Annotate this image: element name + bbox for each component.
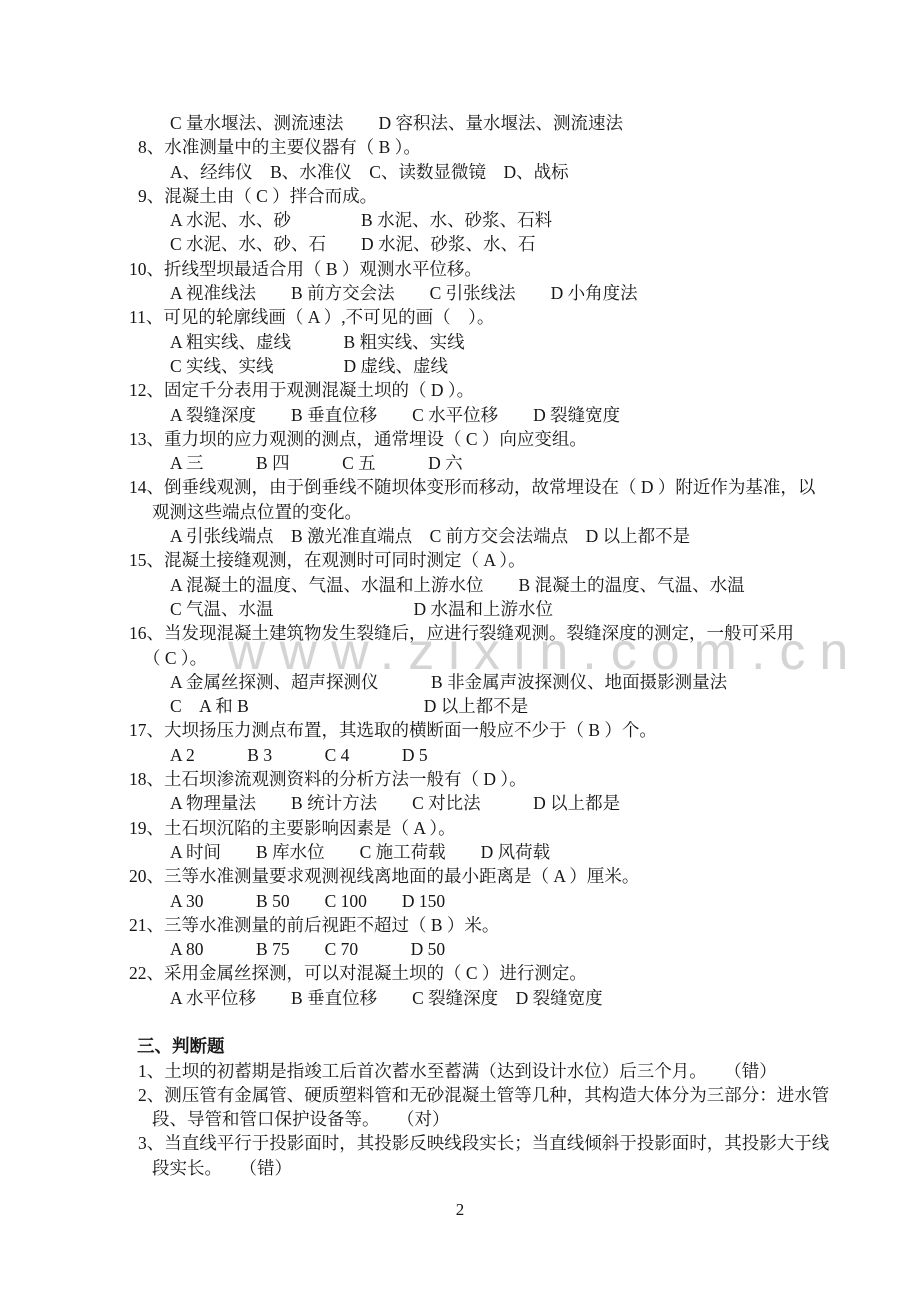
option-line: C 水泥、水、砂、石 D 水泥、砂浆、水、石 (0, 232, 920, 256)
option-line: A 粗实线、虚线 B 粗实线、实线 (0, 330, 920, 354)
option-line: A 水泥、水、砂 B 水泥、水、砂浆、石料 (0, 208, 920, 232)
option-line: A 视准线法 B 前方交会法 C 引张线法 D 小角度法 (0, 281, 920, 305)
question-line: 9、混凝土由（ C ）拌合而成。 (0, 184, 920, 208)
question-line: 2、测压管有金属管、硬质塑料管和无砂混凝土管等几种，其构造大体分为三部分：进水管 (0, 1083, 920, 1107)
question-line: 16、当发现混凝土建筑物发生裂缝后，应进行裂缝观测。裂缝深度的测定，一般可采用 (0, 621, 920, 645)
question-line: 18、土石坝渗流观测资料的分析方法一般有（ D ）。 (0, 767, 920, 791)
option-line: C 气温、水温 D 水温和上游水位 (0, 597, 920, 621)
option-line: A 三 B 四 C 五 D 六 (0, 451, 920, 475)
question-line: 10、折线型坝最适合用（ B ）观测水平位移。 (0, 257, 920, 281)
option-line: A 时间 B 库水位 C 施工荷载 D 风荷载 (0, 840, 920, 864)
question-line: 20、三等水准测量要求观测视线离地面的最小距离是（ A ）厘米。 (0, 864, 920, 888)
page-number: 2 (0, 1200, 920, 1220)
option-line: A 金属丝探测、超声探测仪 B 非金属声波探测仪、地面摄影测量法 (0, 670, 920, 694)
question-line: 1、土坝的初蓄期是指竣工后首次蓄水至蓄满（达到设计水位）后三个月。 （错） (0, 1059, 920, 1083)
option-line: A 引张线端点 B 激光准直端点 C 前方交会法端点 D 以上都不是 (0, 524, 920, 548)
continuation-line: 段实长。 （错） (0, 1156, 920, 1180)
continuation-line: 观测这些端点位置的变化。 (0, 500, 920, 524)
question-line: 8、水准测量中的主要仪器有（ B ）。 (0, 135, 920, 159)
option-line: C 实线、实线 D 虚线、虚线 (0, 354, 920, 378)
question-line: 17、大坝扬压力测点布置，其选取的横断面一般应不少于（ B ）个。 (0, 718, 920, 742)
option-line: C 量水堰法、测流速法 D 容积法、量水堰法、测流速法 (0, 111, 920, 135)
option-line: A 裂缝深度 B 垂直位移 C 水平位移 D 裂缝宽度 (0, 403, 920, 427)
question-line: 14、倒垂线观测，由于倒垂线不随坝体变形而移动，故常埋设在（ D ）附近作为基准… (0, 475, 920, 499)
question-line: 12、固定千分表用于观测混凝土坝的（ D ）。 (0, 378, 920, 402)
option-line: C A 和 B D 以上都不是 (0, 694, 920, 718)
question-line: 11、可见的轮廓线画（ A ）,不可见的画（ ）。 (0, 305, 920, 329)
question-line: 13、重力坝的应力观测的测点，通常埋设（ C ）向应变组。 (0, 427, 920, 451)
section-heading: 三、判断题 (0, 1034, 920, 1058)
question-line: 22、采用金属丝探测，可以对混凝土坝的（ C ）进行测定。 (0, 961, 920, 985)
question-line: 3、当直线平行于投影面时，其投影反映线段实长；当直线倾斜于投影面时，其投影大于线 (0, 1131, 920, 1155)
blank-line (0, 1010, 920, 1034)
option-line: A 80 B 75 C 70 D 50 (0, 937, 920, 961)
option-line: A 混凝土的温度、气温、水温和上游水位 B 混凝土的温度、气温、水温 (0, 573, 920, 597)
continuation-line: 段、导管和管口保护设备等。 （对） (0, 1107, 920, 1131)
continuation-line: （ C ）。 (0, 646, 920, 670)
option-line: A、经纬仪 B、水准仪 C、读数显微镜 D、战标 (0, 160, 920, 184)
question-line: 19、土石坝沉陷的主要影响因素是（ A ）。 (0, 816, 920, 840)
option-line: A 2 B 3 C 4 D 5 (0, 743, 920, 767)
document-body: C 量水堰法、测流速法 D 容积法、量水堰法、测流速法8、水准测量中的主要仪器有… (0, 111, 920, 1180)
question-line: 15、混凝土接缝观测，在观测时可同时测定（ A ）。 (0, 548, 920, 572)
option-line: A 水平位移 B 垂直位移 C 裂缝深度 D 裂缝宽度 (0, 986, 920, 1010)
option-line: A 30 B 50 C 100 D 150 (0, 889, 920, 913)
option-line: A 物理量法 B 统计方法 C 对比法 D 以上都是 (0, 791, 920, 815)
question-line: 21、三等水准测量的前后视距不超过（ B ）米。 (0, 913, 920, 937)
document-page: www.zixin.com.cn C 量水堰法、测流速法 D 容积法、量水堰法、… (0, 0, 920, 1302)
